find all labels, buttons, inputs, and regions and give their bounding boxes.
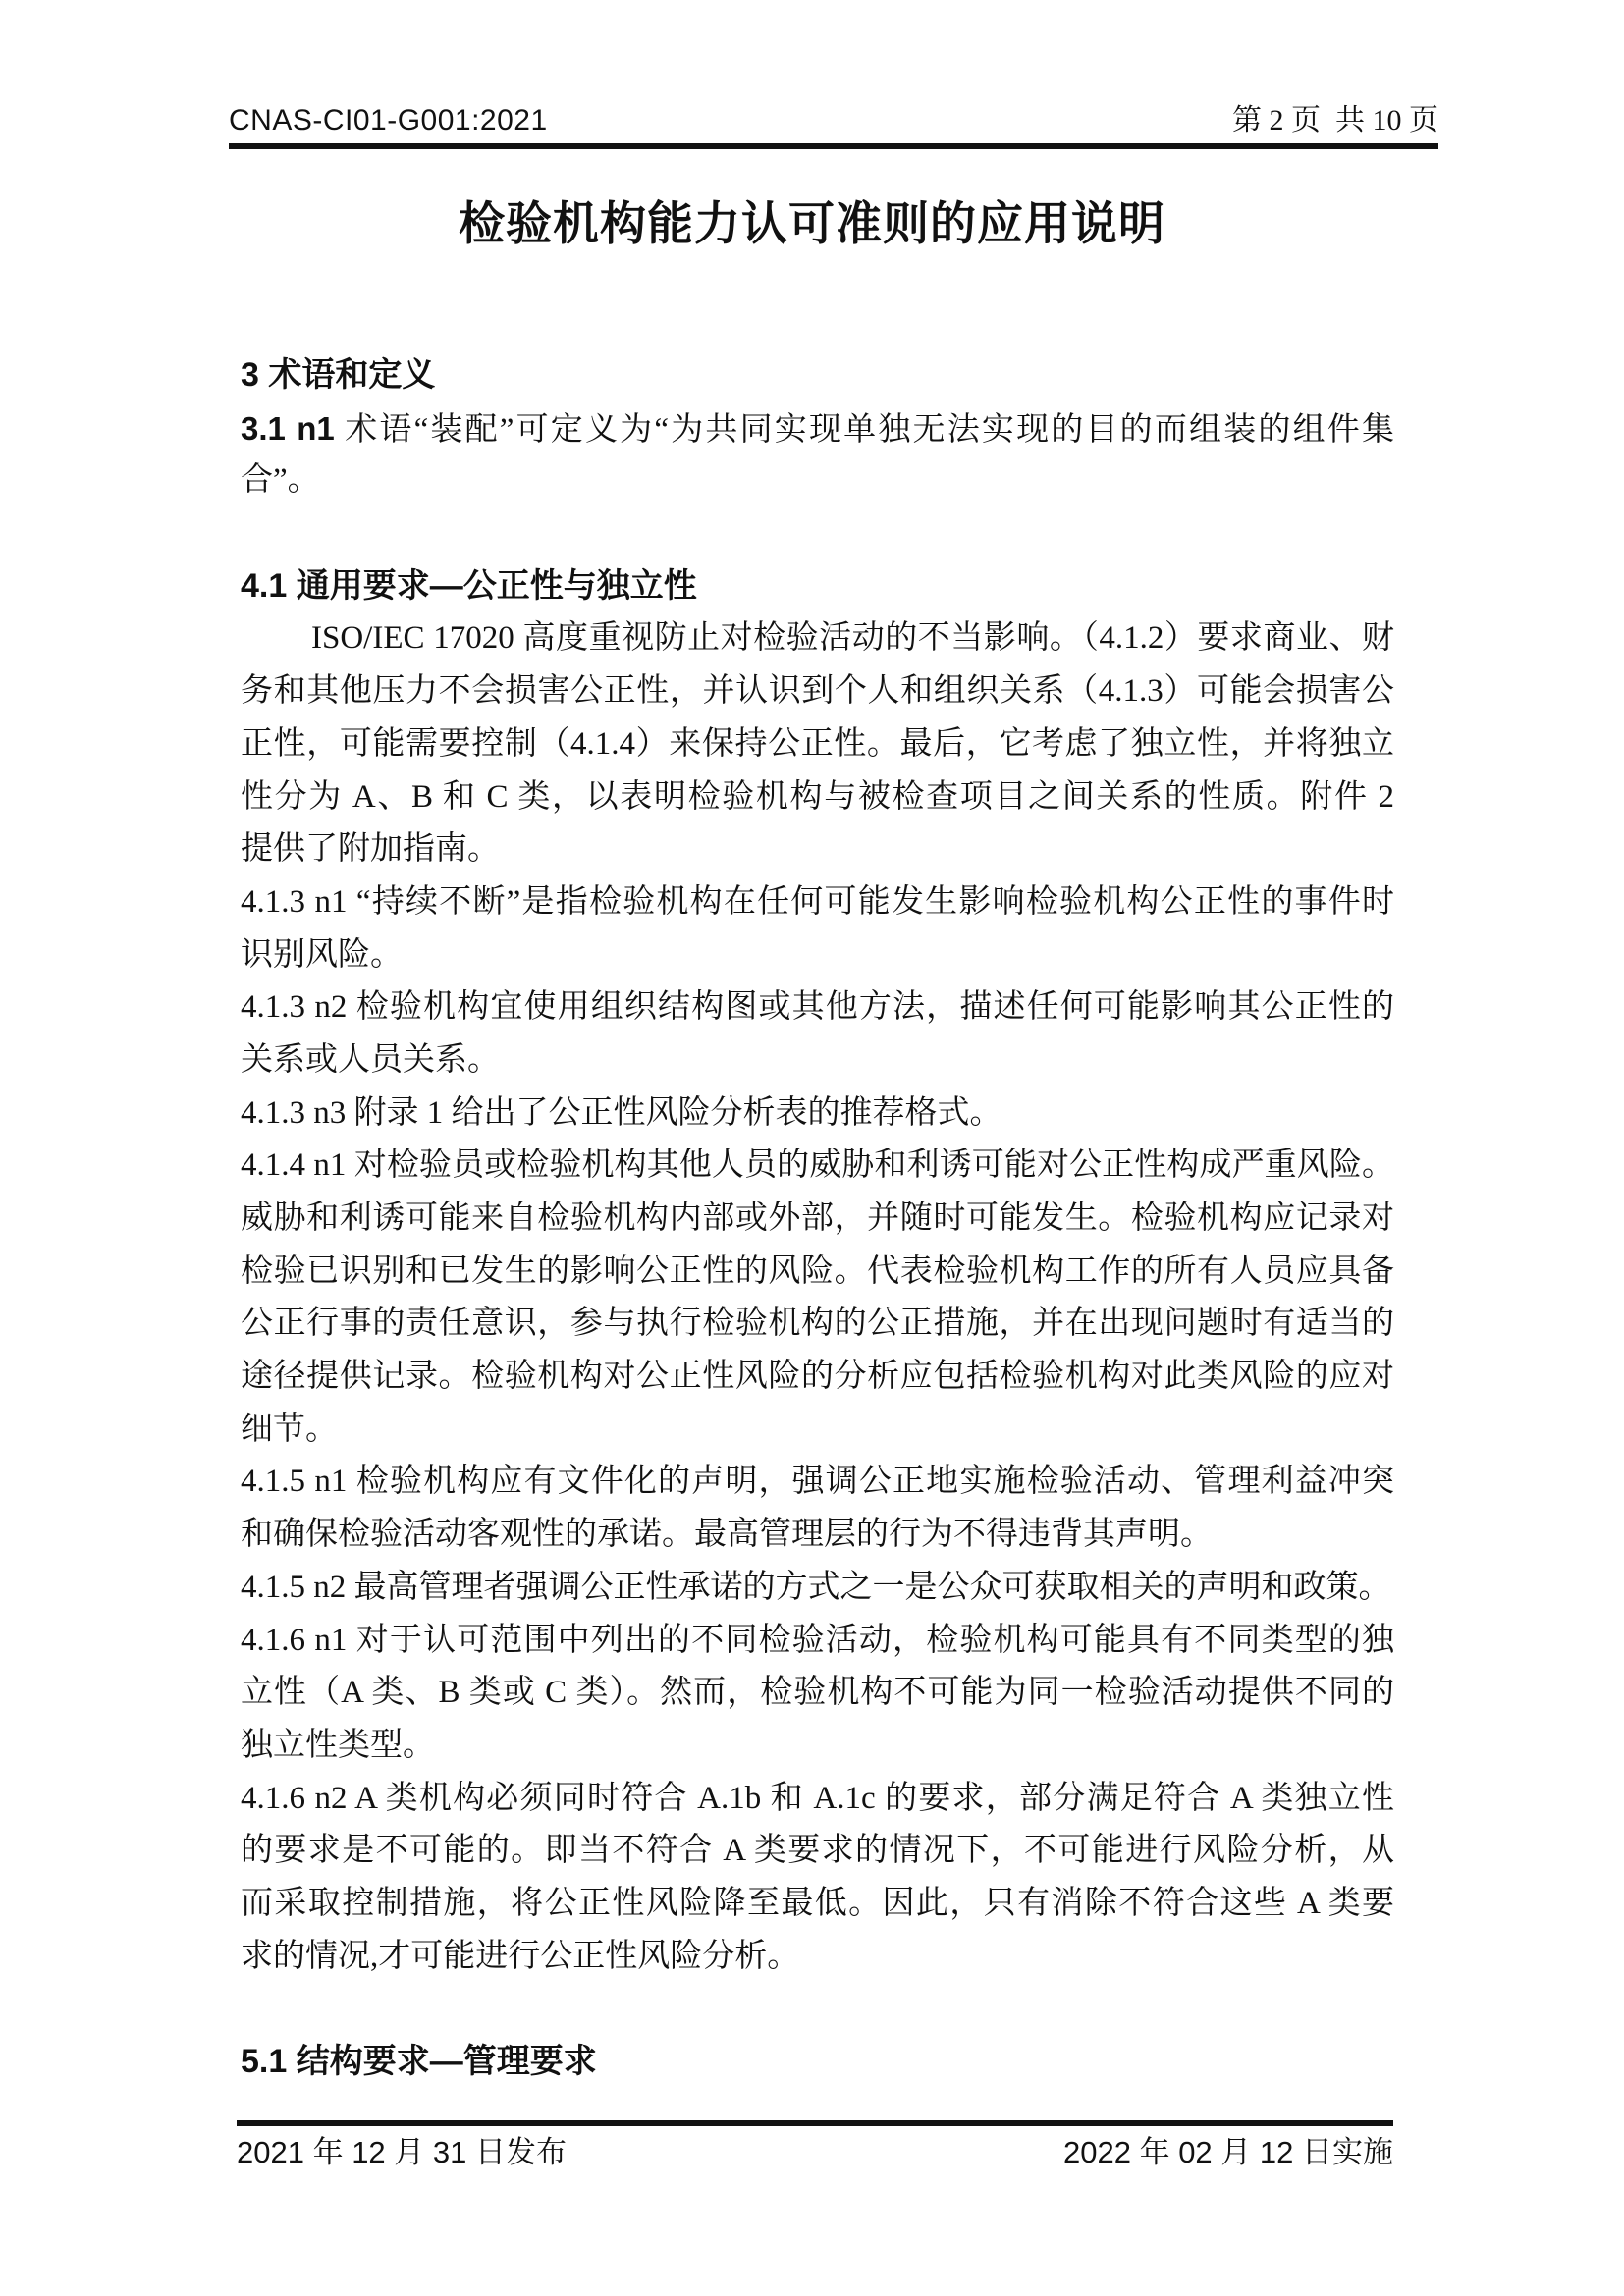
- text-line: 途径提供记录。检验机构对公正性风险的分析应包括检验机构对此类风险的应对: [241, 1351, 1394, 1404]
- page-indicator: 第 2 页 共 10 页: [1232, 102, 1438, 139]
- text-line: 4.1.4 n1 对检验员或检验机构其他人员的威胁和利诱可能对公正性构成严重风险…: [241, 1140, 1394, 1193]
- text-line: 的要求是不可能的。即当不符合 A 类要求的情况下，不可能进行风险分析，从: [241, 1825, 1394, 1878]
- clause-number: 3.1 n1: [241, 410, 335, 447]
- text-line: 正性，可能需要控制（4.1.4）来保持公正性。最后，它考虑了独立性，并将独立: [241, 719, 1394, 772]
- section-heading: 3 术语和定义: [241, 349, 1394, 402]
- text-line: 独立性类型。: [241, 1720, 1394, 1773]
- header-row: CNAS-CI01-G001:2021 第 2 页 共 10 页: [229, 102, 1438, 139]
- text-line: 而采取控制措施，将公正性风险降至最低。因此，只有消除不符合这些 A 类要: [241, 1878, 1394, 1931]
- blank-line: [241, 1983, 1394, 2036]
- document-number: CNAS-CI01-G001:2021: [229, 102, 548, 139]
- text-line: 检验已识别和已发生的影响公正性的风险。代表检验机构工作的所有人员应具备: [241, 1246, 1394, 1299]
- implementation-date: 2022 年 02 月 12 日实施: [1063, 2134, 1393, 2171]
- text-line: 4.1.6 n2 A 类机构必须同时符合 A.1b 和 A.1c 的要求，部分满…: [241, 1773, 1394, 1826]
- header-rule: [229, 143, 1438, 149]
- text-line: 合”。: [241, 454, 1394, 507]
- section-heading: 4.1 通用要求—公正性与独立性: [241, 561, 1394, 614]
- text-line: 识别风险。: [241, 930, 1394, 983]
- document-title: 检验机构能力认可准则的应用说明: [0, 194, 1624, 253]
- text-line: 4.1.3 n1 “持续不断”是指检验机构在任何可能发生影响检验机构公正性的事件…: [241, 877, 1394, 930]
- text-line: 4.1.3 n2 检验机构宜使用组织结构图或其他方法，描述任何可能影响其公正性的: [241, 982, 1394, 1035]
- text-line: 威胁和利诱可能来自检验机构内部或外部，并随时可能发生。检验机构应记录对: [241, 1193, 1394, 1246]
- text-line: 性分为 A、B 和 C 类，以表明检验机构与被检查项目之间关系的性质。附件 2: [241, 772, 1394, 825]
- text-line: 公正行事的责任意识，参与执行检验机构的公正措施，并在出现问题时有适当的: [241, 1298, 1394, 1351]
- text-line: 求的情况,才可能进行公正性风险分析。: [241, 1931, 1394, 1984]
- release-date: 2021 年 12 月 31 日发布: [237, 2134, 567, 2171]
- text-line: 务和其他压力不会损害公正性，并认识到个人和组织关系（4.1.3）可能会损害公: [241, 666, 1394, 719]
- blank-line: [241, 507, 1394, 561]
- page-footer: 2021 年 12 月 31 日发布 2022 年 02 月 12 日实施: [237, 2120, 1393, 2171]
- text-line: 4.1.5 n2 最高管理者强调公正性承诺的方式之一是公众可获取相关的声明和政策…: [241, 1562, 1394, 1615]
- text-line: 3.1 n1 术语“装配”可定义为“为共同实现单独无法实现的目的而组装的组件集: [241, 402, 1394, 455]
- page-header: CNAS-CI01-G001:2021 第 2 页 共 10 页: [229, 102, 1438, 149]
- text-line: 关系或人员关系。: [241, 1035, 1394, 1088]
- text-line: 细节。: [241, 1404, 1394, 1457]
- text-line: 提供了附加指南。: [241, 824, 1394, 877]
- text-line: 4.1.3 n3 附录 1 给出了公正性风险分析表的推荐格式。: [241, 1088, 1394, 1141]
- footer-row: 2021 年 12 月 31 日发布 2022 年 02 月 12 日实施: [237, 2134, 1393, 2171]
- document-page: CNAS-CI01-G001:2021 第 2 页 共 10 页 检验机构能力认…: [0, 0, 1624, 2296]
- text-line: 立性（A 类、B 类或 C 类）。然而，检验机构不可能为同一检验活动提供不同的: [241, 1667, 1394, 1720]
- text-line: 和确保检验活动客观性的承诺。最高管理层的行为不得违背其声明。: [241, 1509, 1394, 1562]
- text-line: ISO/IEC 17020 高度重视防止对检验活动的不当影响。（4.1.2）要求…: [241, 613, 1394, 666]
- document-body: 3 术语和定义3.1 n1 术语“装配”可定义为“为共同实现单独无法实现的目的而…: [241, 349, 1394, 2089]
- footer-rule: [237, 2120, 1393, 2126]
- section-heading: 5.1 结构要求—管理要求: [241, 2036, 1394, 2089]
- text-line: 4.1.6 n1 对于认可范围中列出的不同检验活动，检验机构可能具有不同类型的独: [241, 1615, 1394, 1668]
- text-line: 4.1.5 n1 检验机构应有文件化的声明，强调公正地实施检验活动、管理利益冲突: [241, 1456, 1394, 1509]
